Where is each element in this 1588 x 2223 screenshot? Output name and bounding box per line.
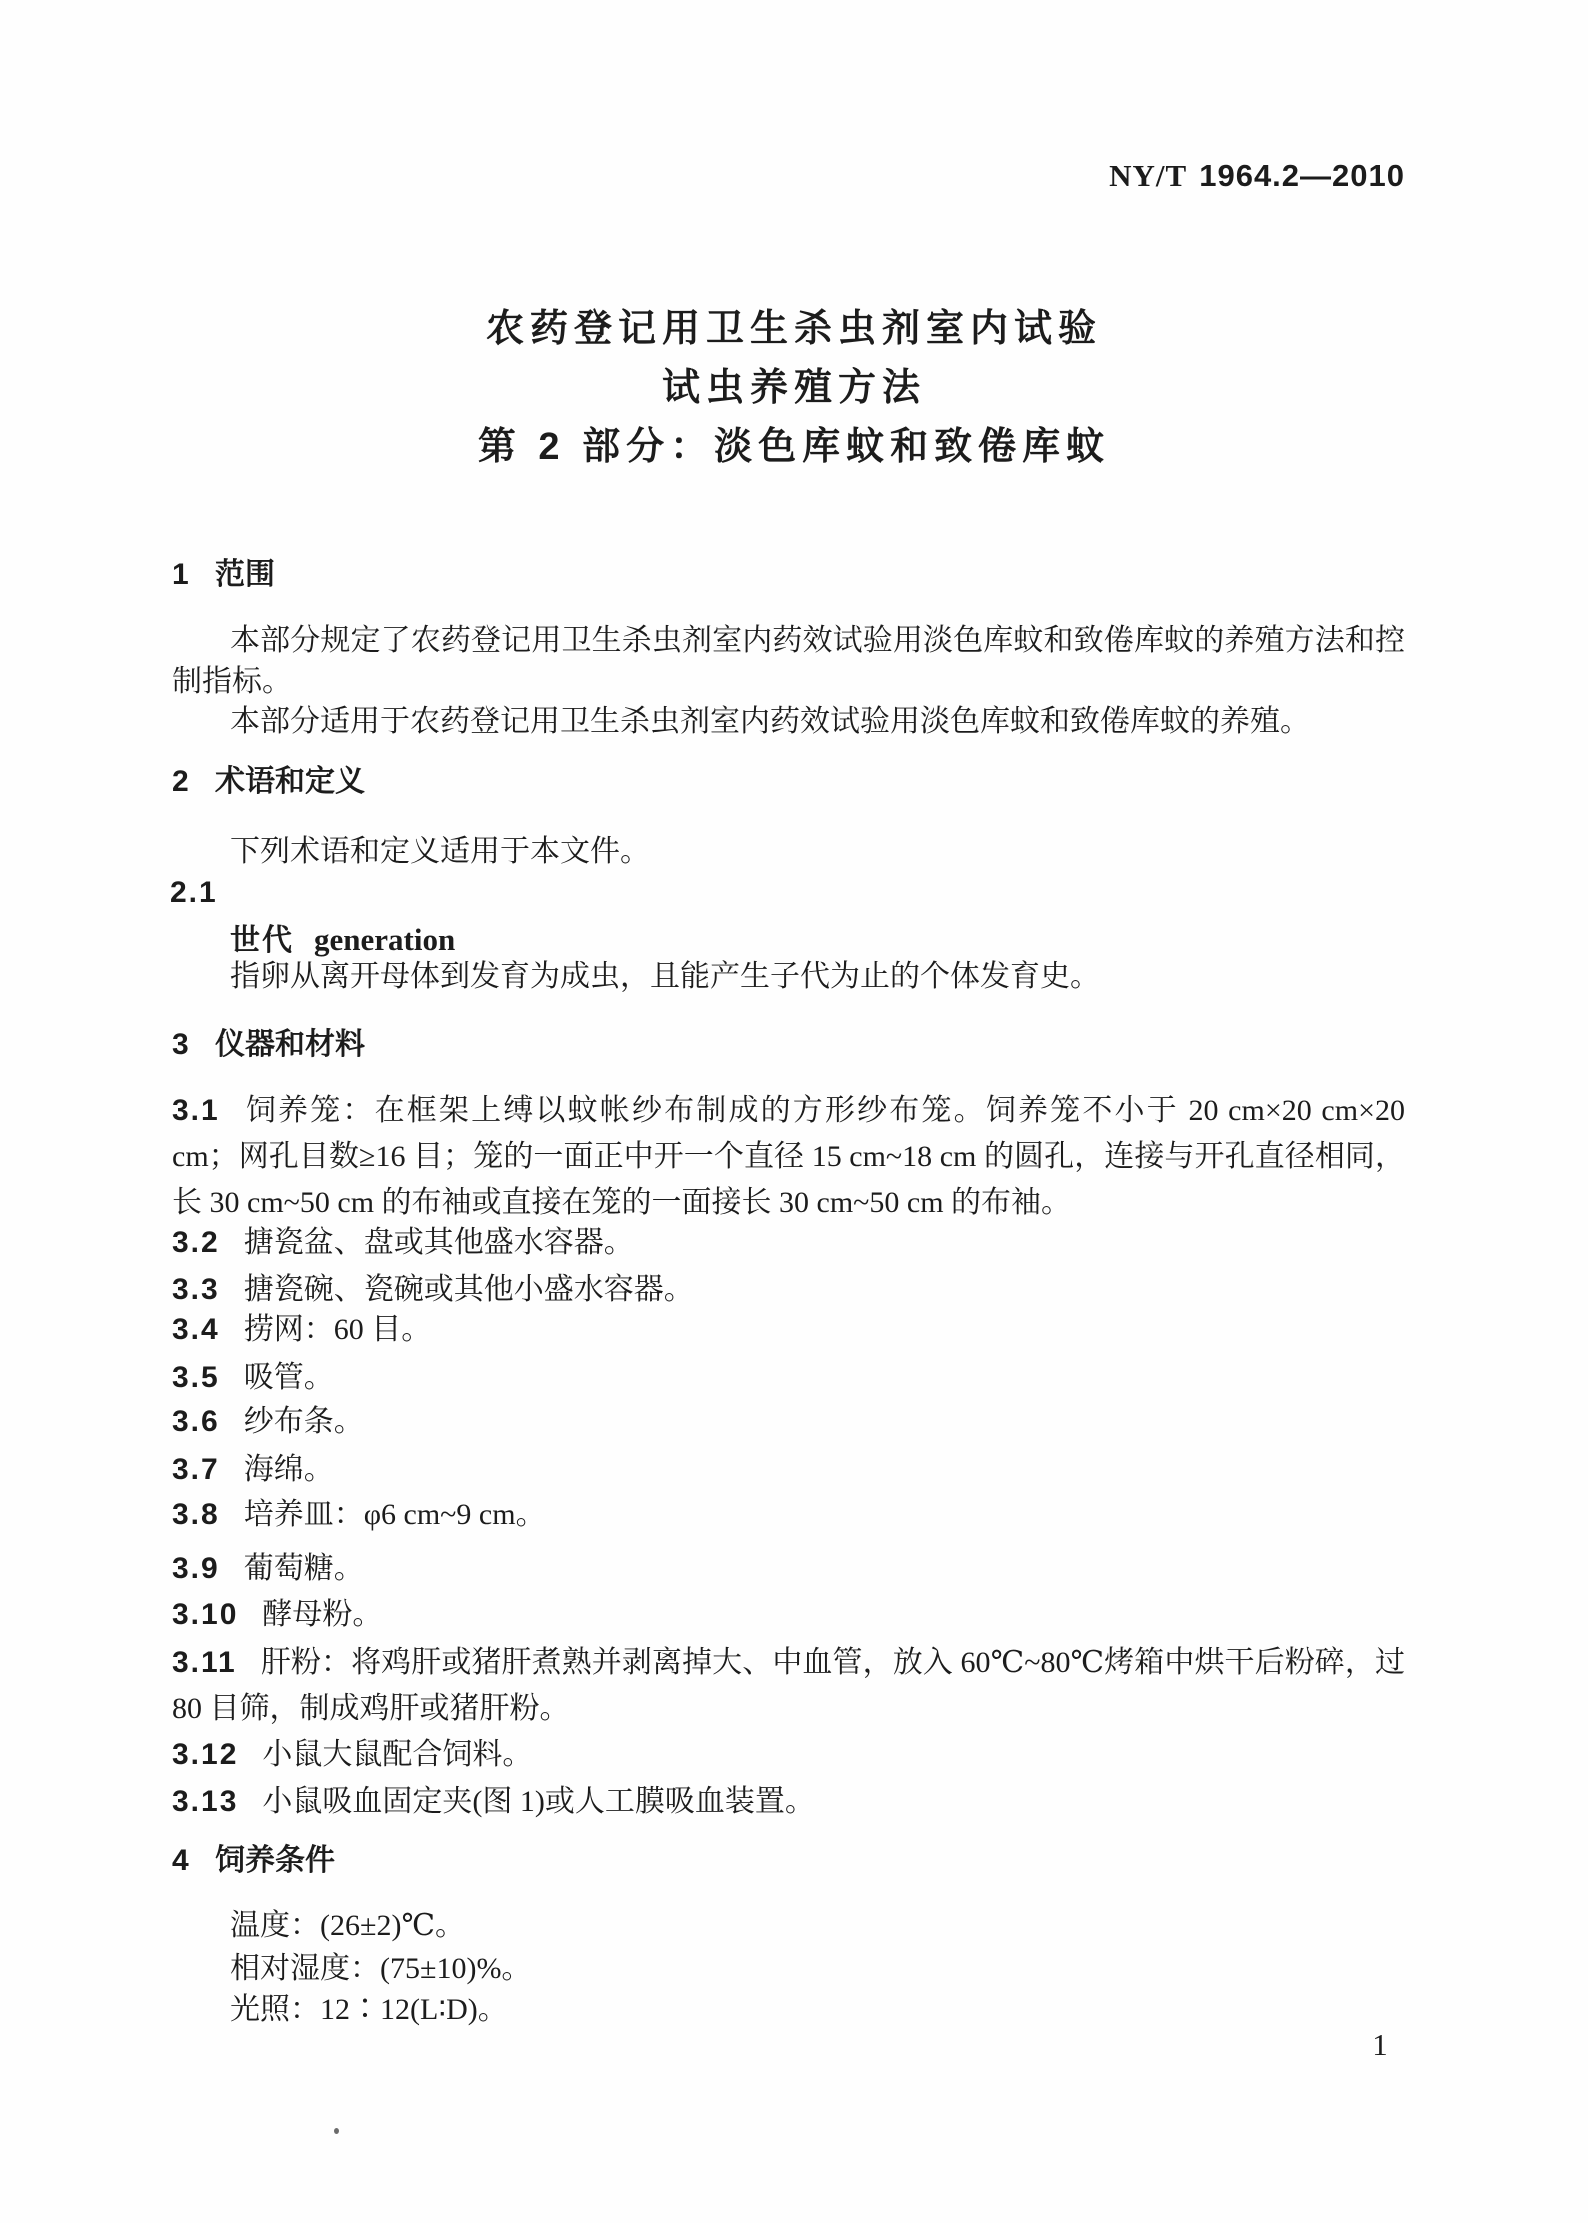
- clause-text: 海绵。: [244, 1453, 334, 1486]
- clause-3-5: 3.5吸管。: [172, 1356, 1405, 1400]
- clause-3-10: 3.10酵母粉。: [172, 1593, 1405, 1637]
- clause-3-11: 3.11肝粉：将鸡肝或猪肝煮熟并剥离掉大、中血管，放入 60℃~80℃烤箱中烘干…: [172, 1640, 1405, 1732]
- condition-humidity: 相对湿度：(75±10)%。: [230, 1947, 531, 1991]
- clause-text: 培养皿：φ6 cm~9 cm。: [244, 1498, 546, 1531]
- clause-number: 3.11: [172, 1646, 237, 1679]
- document-page: NY/T1964.2—2010 农药登记用卫生杀虫剂室内试验 试虫养殖方法 第 …: [0, 0, 1588, 2223]
- clause-number: 3.5: [172, 1361, 220, 1394]
- clause-text: 小鼠大鼠配合饲料。: [262, 1738, 532, 1771]
- document-title-line-3: 第 2 部分：淡色库蚊和致倦库蚊: [0, 423, 1588, 471]
- clause-3-4: 3.4捞网：60 目。: [172, 1308, 1405, 1352]
- clause-3-8: 3.8培养皿：φ6 cm~9 cm。: [172, 1493, 1405, 1537]
- document-title-line-1: 农药登记用卫生杀虫剂室内试验: [0, 305, 1588, 353]
- clause-number: 3.4: [172, 1313, 220, 1346]
- standard-code: NY/T1964.2—2010: [0, 158, 1405, 194]
- clause-2-1-number: 2.1: [170, 871, 218, 915]
- section-3-title: 仪器和材料: [215, 1028, 365, 1061]
- section-1-paragraph-1: 本部分规定了农药登记用卫生杀虫剂室内药效试验用淡色库蚊和致倦库蚊的养殖方法和控制…: [172, 620, 1405, 702]
- clause-3-6: 3.6纱布条。: [172, 1400, 1405, 1444]
- clause-number: 3.2: [172, 1226, 220, 1259]
- section-3-number: 3: [172, 1026, 215, 1064]
- standard-code-number: 1964.2—2010: [1199, 158, 1405, 193]
- clause-number: 3.8: [172, 1498, 220, 1531]
- clause-number: 3.7: [172, 1453, 220, 1486]
- clause-3-7: 3.7海绵。: [172, 1448, 1405, 1492]
- section-4-number: 4: [172, 1842, 215, 1880]
- clause-3-9: 3.9葡萄糖。: [172, 1547, 1405, 1591]
- clause-number: 3.10: [172, 1598, 238, 1631]
- clause-text: 纱布条。: [244, 1405, 364, 1438]
- clause-number: 3.12: [172, 1738, 238, 1771]
- clause-3-12: 3.12小鼠大鼠配合饲料。: [172, 1733, 1405, 1777]
- terms-intro: 下列术语和定义适用于本文件。: [230, 830, 650, 874]
- section-3-heading: 3仪器和材料: [172, 1026, 365, 1064]
- section-1-heading: 1范围: [172, 556, 275, 594]
- clause-text: 葡萄糖。: [244, 1552, 364, 1585]
- document-title-line-2: 试虫养殖方法: [0, 364, 1588, 412]
- section-1-title: 范围: [215, 558, 275, 591]
- term-english: generation: [314, 922, 455, 957]
- section-4-title: 饲养条件: [215, 1844, 335, 1877]
- section-1-paragraph-2: 本部分适用于农药登记用卫生杀虫剂室内药效试验用淡色库蚊和致倦库蚊的养殖。: [172, 701, 1405, 742]
- clause-text: 肝粉：将鸡肝或猪肝煮熟并剥离掉大、中血管，放入 60℃~80℃烤箱中烘干后粉碎，…: [172, 1646, 1405, 1725]
- scan-artifact-speck: [334, 2128, 339, 2134]
- term-definition: 指卵从离开母体到发育为成虫，且能产生子代为止的个体发育史。: [230, 955, 1100, 999]
- clause-text: 搪瓷碗、瓷碗或其他小盛水容器。: [244, 1273, 694, 1306]
- clause-text: 吸管。: [244, 1361, 334, 1394]
- clause-text: 饲养笼：在框架上缚以蚊帐纱布制成的方形纱布笼。饲养笼不小于 20 cm×20 c…: [172, 1094, 1405, 1219]
- clause-3-3: 3.3搪瓷碗、瓷碗或其他小盛水容器。: [172, 1268, 1405, 1312]
- clause-number: 3.1: [172, 1094, 220, 1127]
- clause-3-2: 3.2搪瓷盆、盘或其他盛水容器。: [172, 1221, 1405, 1265]
- clause-number: 3.6: [172, 1405, 220, 1438]
- section-2-heading: 2术语和定义: [172, 763, 365, 801]
- clause-text: 酵母粉。: [262, 1598, 382, 1631]
- clause-number: 3.9: [172, 1552, 220, 1585]
- clause-text: 小鼠吸血固定夹(图 1)或人工膜吸血装置。: [262, 1785, 814, 1818]
- page-number: 1: [1360, 2028, 1400, 2062]
- clause-number: 3.13: [172, 1785, 238, 1818]
- section-4-heading: 4饲养条件: [172, 1842, 335, 1880]
- condition-light: 光照：12∶12(L∶D)。: [230, 1988, 508, 2032]
- section-2-number: 2: [172, 763, 215, 801]
- clause-text: 搪瓷盆、盘或其他盛水容器。: [244, 1226, 634, 1259]
- condition-temperature: 温度：(26±2)℃。: [230, 1904, 465, 1948]
- clause-3-1: 3.1饲养笼：在框架上缚以蚊帐纱布制成的方形纱布笼。饲养笼不小于 20 cm×2…: [172, 1088, 1405, 1226]
- section-1-number: 1: [172, 556, 215, 594]
- section-2-title: 术语和定义: [215, 765, 365, 798]
- clause-number: 3.3: [172, 1273, 220, 1306]
- clause-3-13: 3.13小鼠吸血固定夹(图 1)或人工膜吸血装置。: [172, 1780, 1405, 1824]
- clause-text: 捞网：60 目。: [244, 1313, 432, 1346]
- standard-code-prefix: NY/T: [1109, 158, 1187, 193]
- term-chinese: 世代: [230, 924, 294, 957]
